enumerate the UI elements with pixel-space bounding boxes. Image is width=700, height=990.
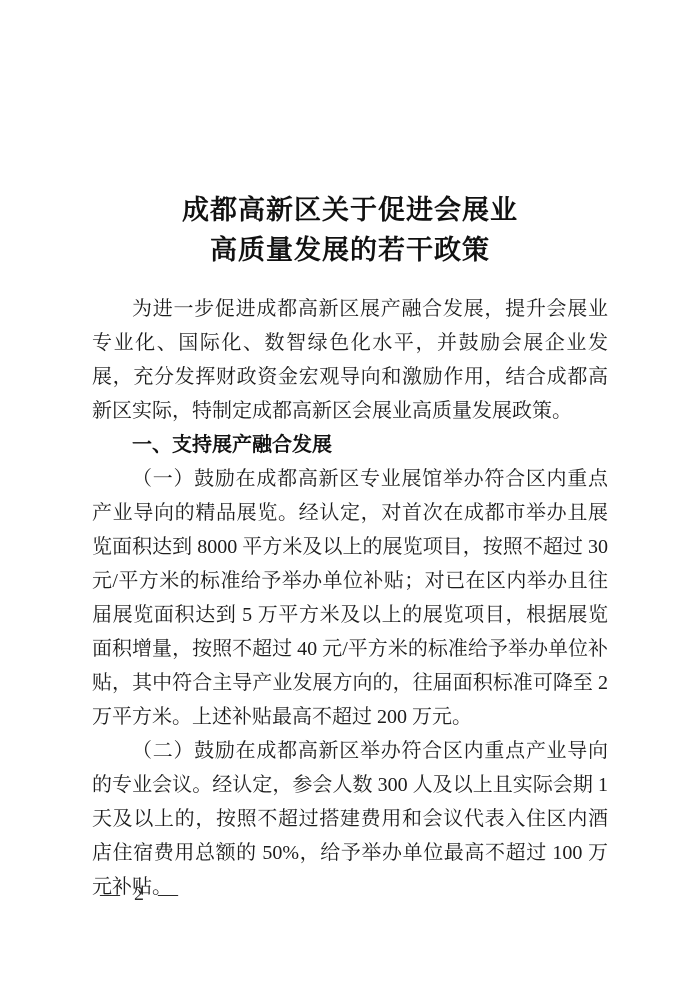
- section-heading-1: 一、支持展产融合发展: [92, 428, 608, 462]
- policy-item-1: （一）鼓励在成都高新区专业展馆举办符合区内重点产业导向的精品展览。经认定，对首次…: [92, 462, 608, 734]
- document-title: 成都高新区关于促进会展业 高质量发展的若干政策: [92, 190, 608, 270]
- title-line-2: 高质量发展的若干政策: [92, 230, 608, 270]
- policy-item-2: （二）鼓励在成都高新区举办符合区内重点产业导向的专业会议。经认定，参会人数 30…: [92, 734, 608, 904]
- intro-paragraph: 为进一步促进成都高新区展产融合发展，提升会展业专业化、国际化、数智绿色化水平，并…: [92, 292, 608, 428]
- document-page: 成都高新区关于促进会展业 高质量发展的若干政策 为进一步促进成都高新区展产融合发…: [0, 0, 700, 990]
- page-number: — 2 —: [100, 880, 178, 908]
- title-line-1: 成都高新区关于促进会展业: [92, 190, 608, 230]
